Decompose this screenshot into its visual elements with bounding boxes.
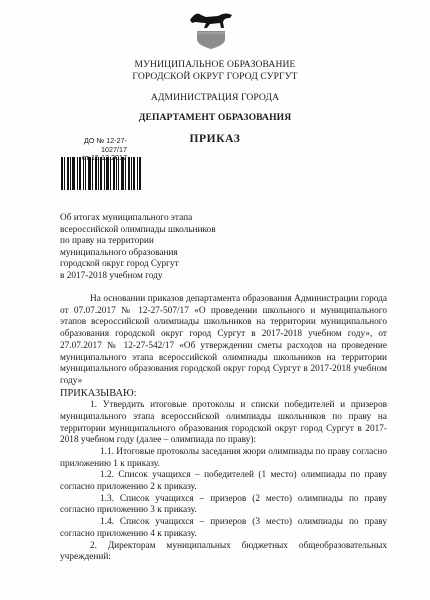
coat-of-arms-icon bbox=[186, 6, 236, 50]
administration-title: АДМИНИСТРАЦИЯ ГОРОДА bbox=[0, 92, 430, 103]
registration-number: ДО № 12-27-1027/17 bbox=[63, 137, 127, 154]
subject-line: всероссийской олимпиады школьников bbox=[60, 225, 216, 237]
subject-line: городской округ город Сургут bbox=[60, 259, 216, 271]
department-title: ДЕПАРТАМЕНТ ОБРАЗОВАНИЯ bbox=[0, 112, 430, 123]
order-item-1-4: 1.4. Список учащихся – призеров (3 место… bbox=[60, 517, 387, 540]
order-item-1-3: 1.3. Список учащихся – призеров (2 место… bbox=[60, 494, 387, 517]
document-page: МУНИЦИПАЛЬНОЕ ОБРАЗОВАНИЕ ГОРОДСКОЙ ОКРУ… bbox=[0, 0, 430, 600]
order-item-1-1: 1.1. Итоговые протоколы заседания жюри о… bbox=[60, 447, 387, 470]
preamble-paragraph: На основании приказов департамента образ… bbox=[60, 294, 387, 388]
order-item-1: 1. Утвердить итоговые протоколы и списки… bbox=[60, 400, 387, 447]
order-word: ПРИКАЗЫВАЮ: bbox=[60, 388, 387, 401]
municipality-line-2: ГОРОДСКОЙ ОКРУГ ГОРОД СУРГУТ bbox=[0, 71, 430, 82]
subject-line: по праву на территории bbox=[60, 236, 216, 248]
subject-line: в 2017-2018 учебном году bbox=[60, 271, 216, 283]
order-subject: Об итогах муниципального этапа всероссий… bbox=[60, 213, 216, 283]
order-item-1-2: 1.2. Список учащихся – победителей (1 ме… bbox=[60, 470, 387, 493]
subject-line: муниципального образования bbox=[60, 248, 216, 260]
order-body: На основании приказов департамента образ… bbox=[60, 294, 387, 564]
order-item-2: 2. Директорам муниципальных бюджетных об… bbox=[60, 541, 387, 564]
subject-line: Об итогах муниципального этапа bbox=[60, 213, 216, 225]
barcode-icon bbox=[61, 157, 144, 190]
municipality-line-1: МУНИЦИПАЛЬНОЕ ОБРАЗОВАНИЕ bbox=[0, 59, 430, 70]
